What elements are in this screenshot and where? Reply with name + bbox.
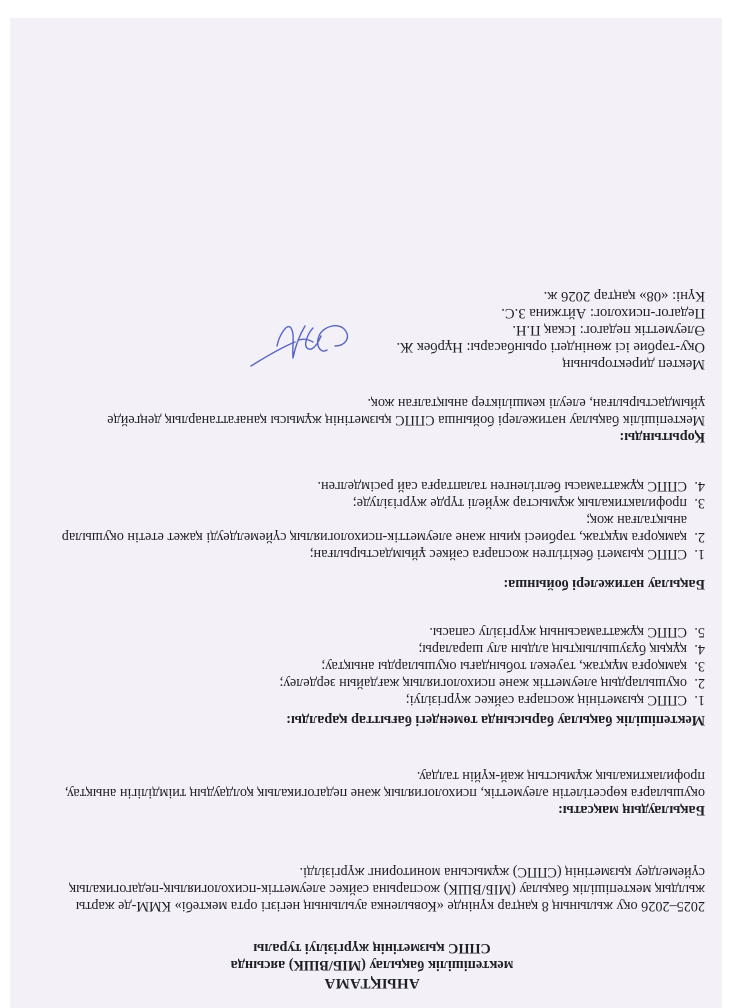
document-subtitle-2: СППС қызметінің жүргізілуі туралы [172, 939, 572, 957]
signature-line-deputy: Оқу-тәрбие ісі жөніндегі орынбасары: Нұр… [396, 338, 705, 355]
list-item: 2.оқушылардың әлеуметтік және психология… [45, 674, 705, 691]
signature-line-social-pedagogue: Әлеуметтік педагог: Іскақ П.Н. [396, 321, 705, 338]
list-item: 2.қамқорға мұқтаж, тәрбиесі қиын және әл… [45, 511, 705, 545]
list-item: 5.СППС құжаттамасының жүргізілу сапасы. [45, 623, 705, 640]
list-item: 4.құқық бұзушылықтың алдын алу шаралары; [45, 640, 705, 657]
document-title: АНЫҚТАМА [172, 974, 572, 992]
list-item: 3.профилактикалық жұмыстар жүйелі түрде … [45, 494, 705, 511]
results-heading: Бақылау нәтижелері бойынша: [503, 575, 705, 592]
signature-date: Күні: «08» қаңтар 2026 ж. [396, 287, 705, 304]
list-item: 1.СППС қызметі бекітілген жоспарға сәйке… [45, 545, 705, 562]
goal-text: оқушыларға көрсетілетін әлеуметтік, псих… [55, 767, 705, 801]
results-list: 1.СППС қызметі бекітілген жоспарға сәйке… [45, 477, 705, 562]
list-item: 4.СППС құжаттамасы белгіленген талаптарғ… [45, 477, 705, 494]
signature-line-director: Мектеп директорының [396, 355, 705, 372]
handwritten-signature-icon [247, 316, 357, 376]
document-subtitle-1: мектепішілік бақылау (МІБ/ВШК) аясында [172, 956, 572, 974]
conclusion-heading: Қорытынды: [619, 428, 705, 445]
directions-heading: Мектепішілік бақылау барысында төмендегі… [286, 711, 705, 728]
document-rotated: АНЫҚТАМА мектепішілік бақылау (МІБ/ВШК) … [0, 0, 732, 1008]
signature-block: Мектеп директорының Оқу-тәрбие ісі жөнін… [396, 287, 705, 372]
goal-heading: Бақылаудың мақсаты: [558, 801, 705, 818]
list-item: 1.СППС қызметінің жоспарға сәйкес жүргіз… [45, 691, 705, 708]
directions-list: 1.СППС қызметінің жоспарға сәйкес жүргіз… [45, 623, 705, 708]
title-block: АНЫҚТАМА мектепішілік бақылау (МІБ/ВШК) … [172, 939, 572, 992]
list-item: 3.қамқорға мұқтаж, тәуекел тобындағы оқу… [45, 657, 705, 674]
signature-line-psychologist: Педагог-психолог: Айтжина З.С. [396, 304, 705, 321]
conclusion-text: Мектепішілік бақылау нәтижелері бойынша … [40, 394, 705, 428]
intro-paragraph: 2025–2026 оқу жылының 8 қаңтар күнінде «… [45, 863, 705, 914]
